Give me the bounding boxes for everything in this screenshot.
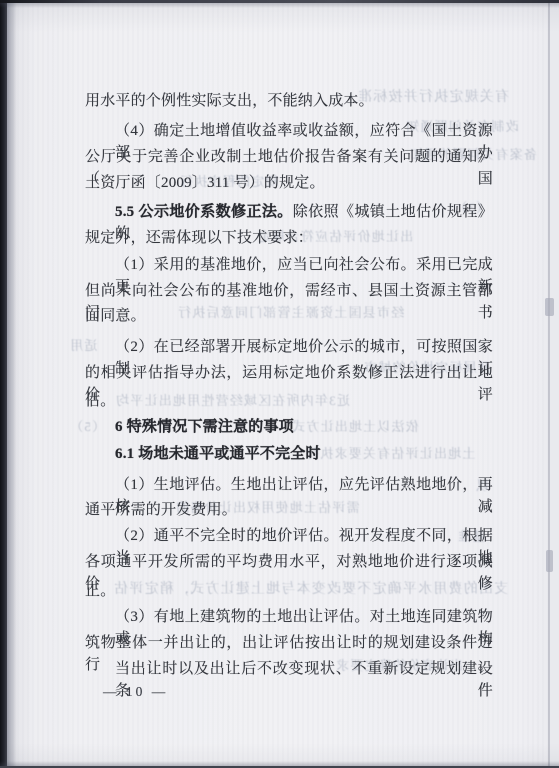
text-line: （1）采用的基准地价，应当已向社会公布。采用已完成更新 [85,254,493,276]
text-line: 但尚未向社会公布的基准地价，需经市、县国土资源主管部门书 [85,280,493,302]
text-segment: 规定外，还需体现以下技术要求： [85,230,313,246]
paper-edge-notch [546,550,553,572]
text-segment: 正。 [85,583,115,599]
text-segment: 面同意。 [85,308,146,324]
text-line: 的相关评估指导办法，运用标定地价系数修正法进行出让地价评 [85,362,493,384]
text-line: （2）在已经部署开展标定地价公示的城市，可按照国家制订 [85,336,493,358]
text-line: 5.5 公示地价系数修正法。除依照《城镇土地估价规程》的 [85,201,493,223]
text-segment: 6 特殊情况下需注意的事项 [115,419,294,435]
adjacent-sheet-edge [550,2,559,766]
scanner-edge-left-shadow [7,0,17,768]
text-line: （1）生地评估。生地出让评估，应先评估熟地地价，再核减 [85,474,493,496]
text-segment: 通平所需的开发费用。 [85,502,237,518]
text-line: 估。 [85,390,493,412]
text-line: （3）有地上建筑物的土地出让评估。对土地连同建筑物或构 [85,606,493,628]
paper-fold-line [548,2,550,766]
scanned-document-page: 有关规定执行并按标准改制有关问题通知备案有关问题的通知规定的程序执行（3）出让地… [0,0,559,768]
text-line: 面同意。 [85,305,493,327]
scanner-edge-top-shadow [0,3,559,8]
text-segment: 用水平的个例性实际支出，不能纳入成本。 [85,93,374,109]
text-segment: 估。 [85,393,115,409]
text-line: 公厅关于完善企业改制土地估价报告备案有关问题的通知》（国 [85,146,493,168]
text-line: 通平所需的开发费用。 [85,499,493,521]
text-segment: 6.1 场地未通平或通平不完全时 [115,446,321,462]
text-segment: 当出让时以及出让后不改变现状、不重新设定规划建设条件 [115,661,493,699]
text-line: 规定外，还需体现以下技术要求： [85,227,493,249]
heading-line: 6.1 场地未通平或通平不完全时 [85,443,493,465]
text-segment: 5.5 公示地价系数修正法。 [115,204,293,220]
text-line: （4）确定土地增值收益率或收益额，应符合《国土资源部办 [85,120,493,142]
text-line: 正。 [85,580,493,602]
text-line: 各项通平开发所需的平均费用水平，对熟地地价进行逐项减价修 [85,551,493,573]
text-line: 筑物整体一并出让的，出让评估按出让时的规划建设条件进行。 [85,632,493,654]
text-segment: 土资厅函〔2009〕311 号）的规定。 [85,175,325,191]
paper-sheet: 有关规定执行并按标准改制有关问题通知备案有关问题的通知规定的程序执行（3）出让地… [7,2,559,766]
text-line: （2）通平不完全时的地价评估。视开发程度不同，根据当地 [85,525,493,547]
page-number: — 10 — [103,684,168,700]
text-line: 土资厅函〔2009〕311 号）的规定。 [85,172,493,194]
paper-edge-notch [545,298,554,316]
text-line: 用水平的个例性实际支出，不能纳入成本。 [85,90,493,112]
text-line: 当出让时以及出让后不改变现状、不重新设定规划建设条件 [85,658,493,680]
heading-line: 6 特殊情况下需注意的事项 [85,416,493,438]
document-text-column: 用水平的个例性实际支出，不能纳入成本。（4）确定土地增值收益率或收益额，应符合《… [85,2,493,766]
scanner-edge-left [0,0,7,768]
